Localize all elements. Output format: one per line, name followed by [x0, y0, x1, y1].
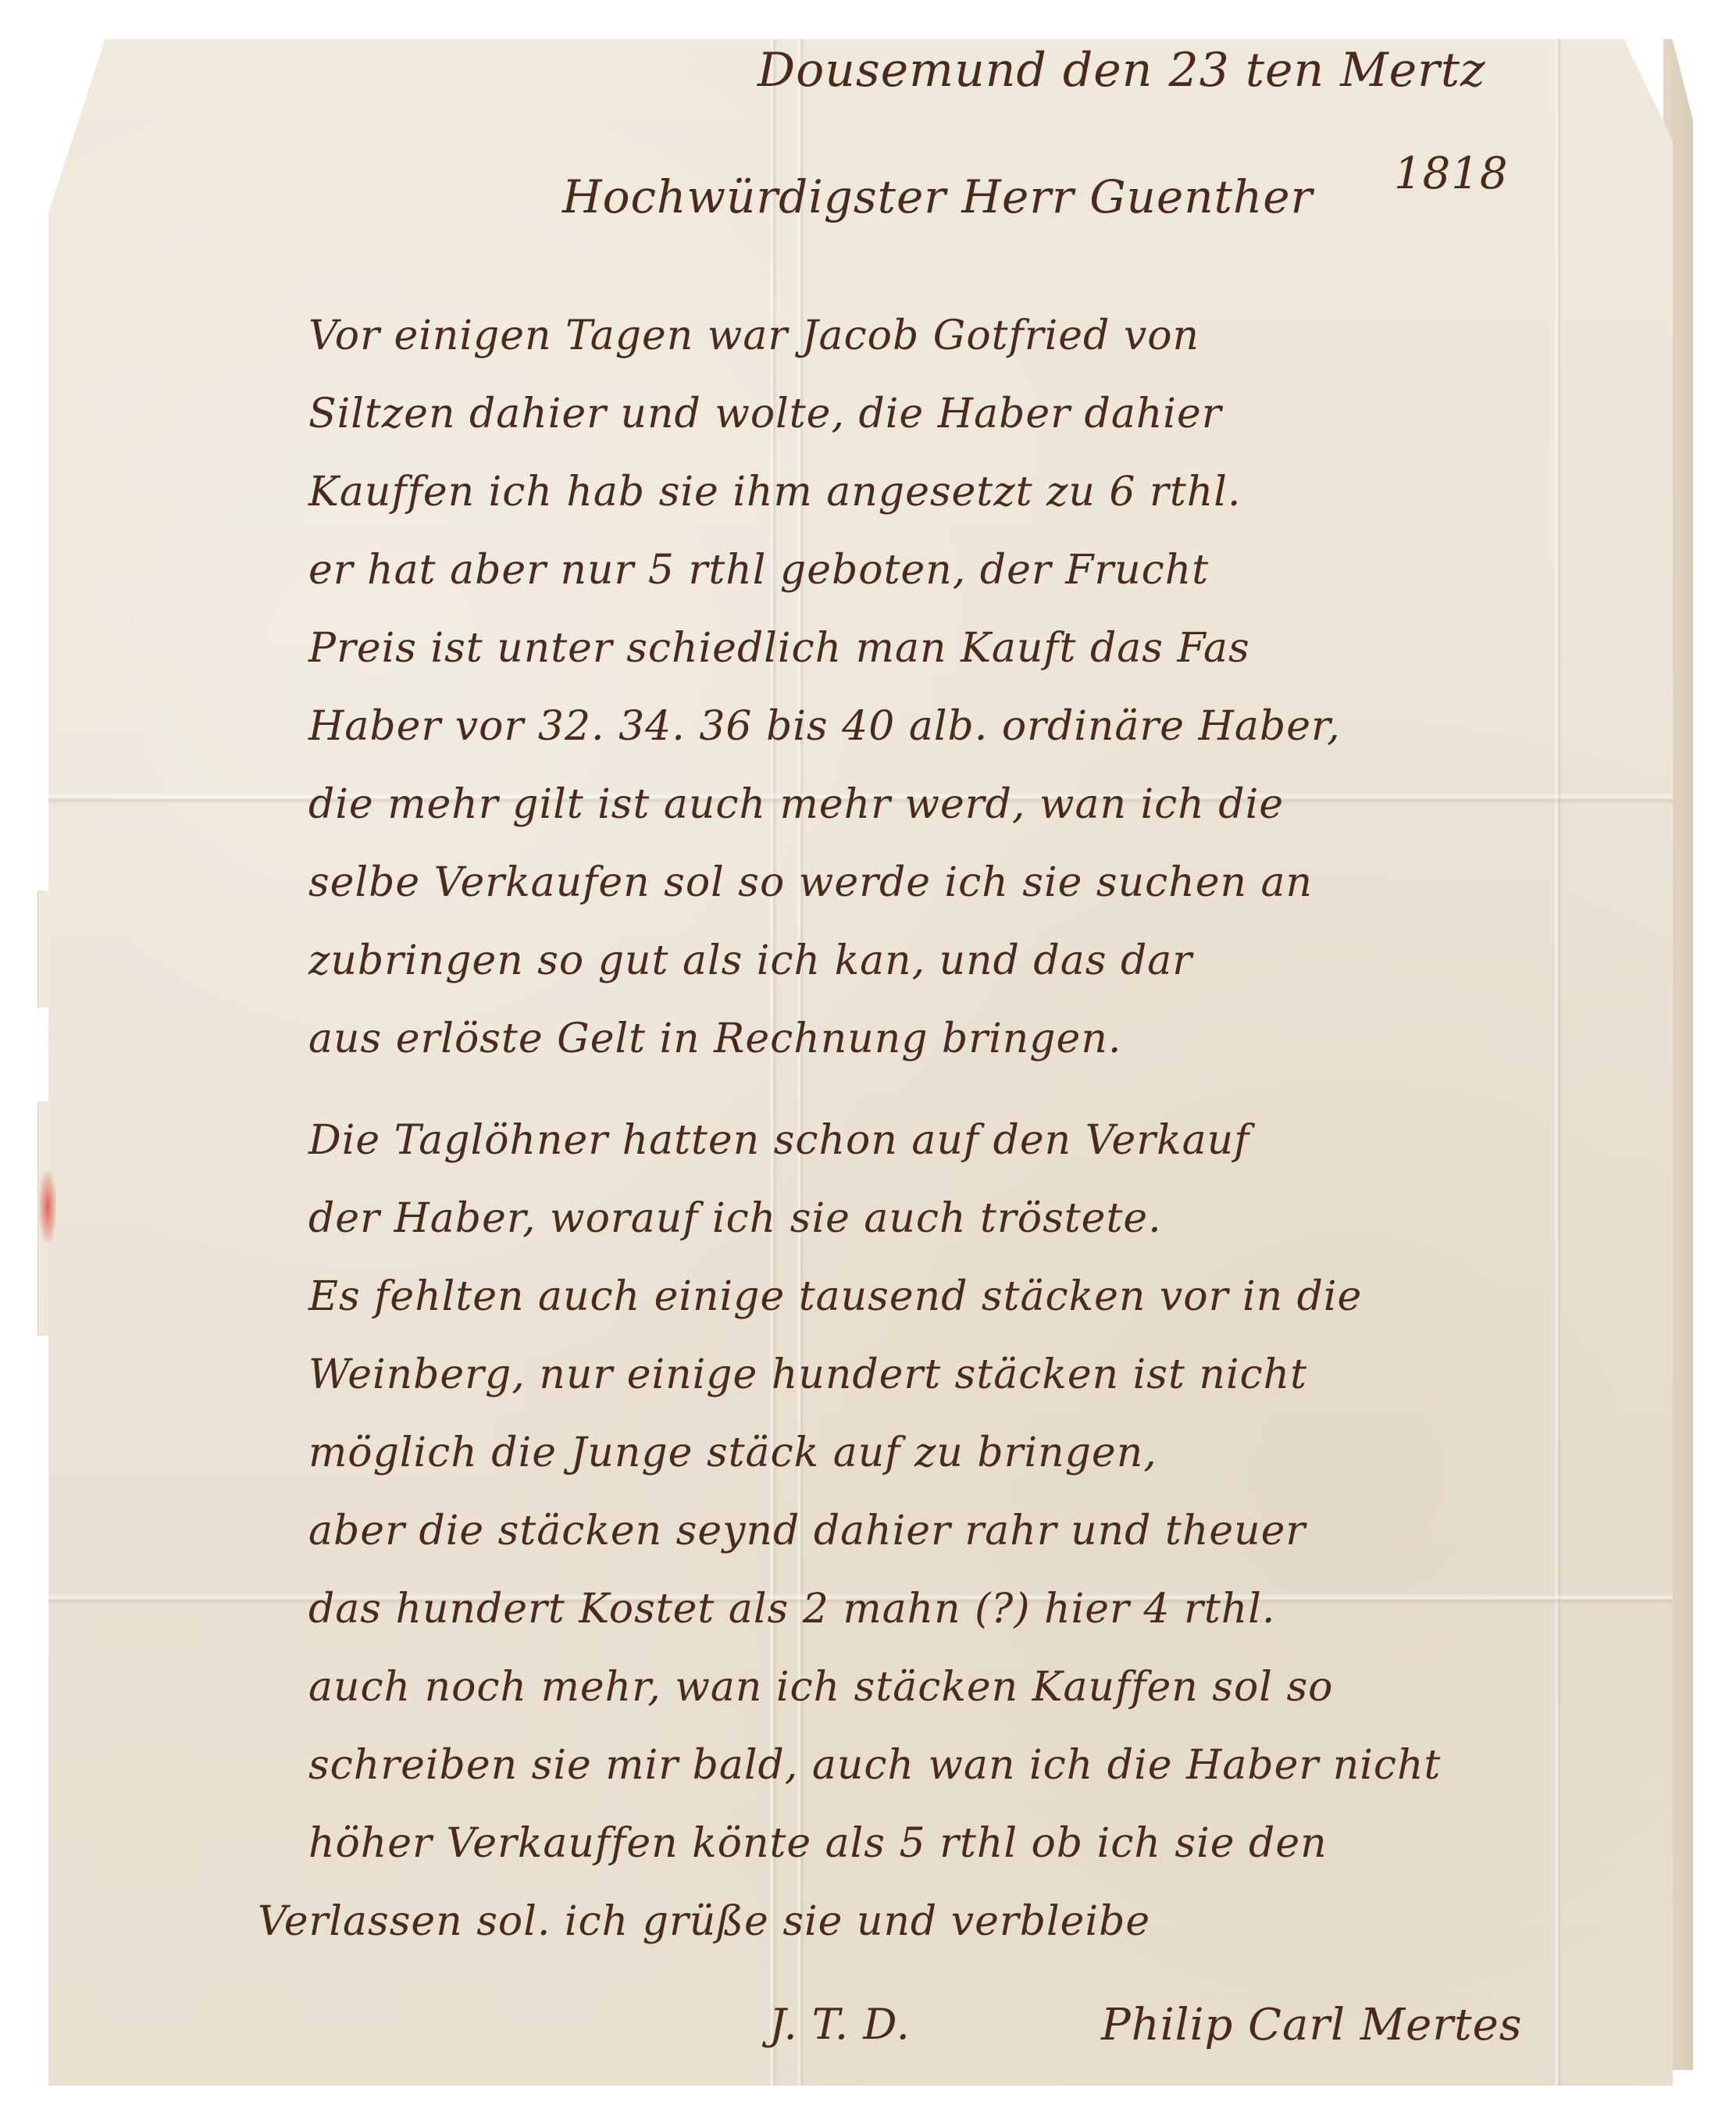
body-line: Siltzen dahier und wolte, die Haber dahi… [308, 391, 1222, 437]
letter-year: 1818 [1394, 148, 1509, 199]
body-line: der Haber, worauf ich sie auch tröstete. [308, 1195, 1162, 1242]
body-line: zubringen so gut als ich kan, und das da… [308, 937, 1192, 984]
body-line: die mehr gilt ist auch mehr werd, wan ic… [308, 781, 1284, 828]
letter-salutation: Hochwürdigster Herr Guenther [562, 170, 1313, 223]
body-line: aber die stäcken seynd dahier rahr und t… [308, 1508, 1306, 1554]
body-line: Die Taglöhner hatten schon auf den Verka… [308, 1117, 1249, 1164]
body-line: Weinberg, nur einige hundert stäcken ist… [308, 1351, 1307, 1398]
body-line: schreiben sie mir bald, auch wan ich die… [308, 1742, 1441, 1789]
body-line: aus erlöste Gelt in Rechnung bringen. [308, 1015, 1121, 1062]
letter-initials: J. T. D. [769, 2000, 911, 2049]
body-line: Es fehlten auch einige tausend stäcken v… [308, 1273, 1362, 1320]
letter-signature: Philip Carl Mertes [1101, 2000, 1522, 2050]
body-line: auch noch mehr, wan ich stäcken Kauffen … [308, 1664, 1333, 1711]
body-line: das hundert Kostet als 2 mahn (?) hier 4… [308, 1586, 1275, 1633]
body-line: Haber vor 32. 34. 36 bis 40 alb. ordinär… [308, 703, 1341, 750]
body-line: höher Verkauffen könte als 5 rthl ob ich… [308, 1820, 1328, 1867]
body-line-closing: Verlassen sol. ich grüße sie und verblei… [258, 1898, 1150, 1945]
body-line: er hat aber nur 5 rthl geboten, der Fruc… [308, 547, 1209, 594]
body-line: möglich die Junge stäck auf zu bringen, [308, 1429, 1157, 1476]
body-line: Vor einigen Tagen war Jacob Gotfried von [308, 312, 1200, 359]
body-line: Kauffen ich hab sie ihm angesetzt zu 6 r… [308, 469, 1241, 516]
vertical-fold-crease [1554, 39, 1562, 2086]
body-line: Preis ist unter schiedlich man Kauft das… [308, 625, 1250, 672]
red-wax-seal-trace [39, 1172, 56, 1242]
body-line: selbe Verkaufen sol so werde ich sie suc… [308, 859, 1313, 906]
letter-dateline: Dousemund den 23 ten Mertz [757, 43, 1486, 98]
